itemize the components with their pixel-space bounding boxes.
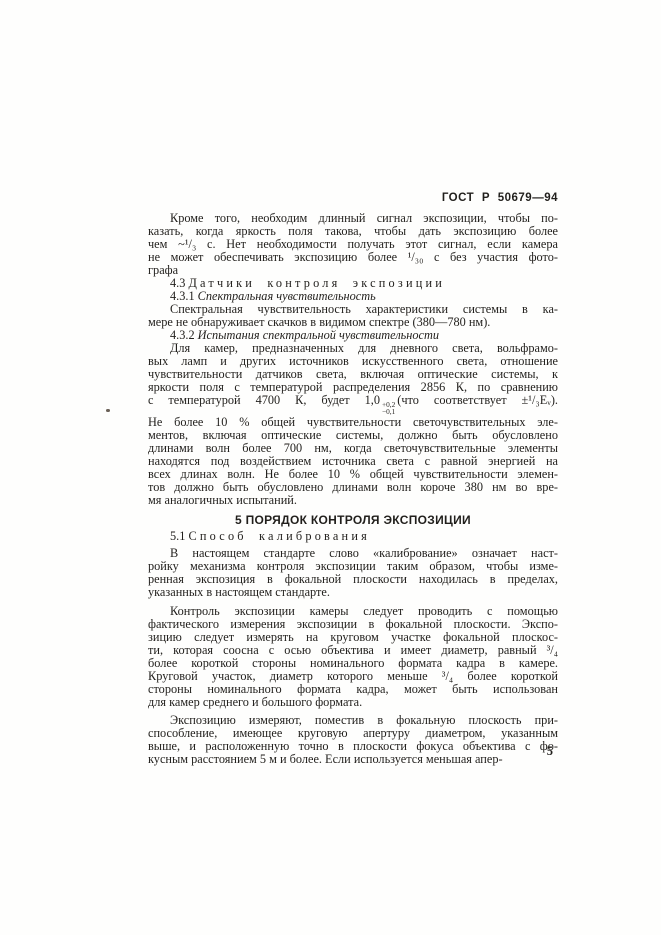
paragraph: Кроме того, необходим длинный сигнал экс…	[148, 212, 558, 277]
text-line: ройку механизма контроля экспозиции таки…	[148, 560, 558, 573]
document-page: ГОСТ Р 50679—94 Кроме того, необходим дл…	[0, 0, 661, 935]
text-line: всех длинах волн. Не более 10 % общей чу…	[148, 468, 558, 481]
text-line: фактического измерения экспозиции в фока…	[148, 618, 558, 631]
heading-label: Испытания спектральной чувствительности	[198, 328, 439, 342]
text-line: Круговой участок, диаметр которого меньш…	[148, 670, 558, 683]
heading-number: 4.3.1	[170, 289, 195, 303]
text-line: ти, которая соосна с осью объектива и им…	[148, 644, 558, 657]
heading-label: Способ калибрования	[188, 529, 370, 543]
text-line: В настоящем стандарте слово «калибровани…	[148, 547, 558, 560]
section-5-title: 5 ПОРЯДОК КОНТРОЛЯ ЭКСПОЗИЦИИ	[148, 513, 558, 527]
paragraph: В настоящем стандарте слово «калибровани…	[148, 547, 558, 599]
scan-artifact-dot	[106, 409, 110, 412]
heading-number: 5.1	[170, 529, 185, 543]
paragraph: Спектральная чувствительность характерис…	[148, 303, 558, 329]
text-block: ГОСТ Р 50679—94 Кроме того, необходим дл…	[148, 192, 558, 766]
text-line: ментов, включая оптические системы, долж…	[148, 429, 558, 442]
document-header-standard-number: ГОСТ Р 50679—94	[148, 192, 558, 204]
text-line: Контроль экспозиции камеры следует прово…	[148, 605, 558, 618]
text-line: указанных в настоящем стандарте.	[148, 586, 558, 599]
heading-number: 4.3	[170, 276, 185, 290]
text-line: мя аналогичных испытаний.	[148, 494, 558, 507]
text-line: более короткой стороны номинального форм…	[148, 657, 558, 670]
text-line: Экспозицию измеряют, поместив в фокальну…	[148, 714, 558, 727]
paragraph: Контроль экспозиции камеры следует прово…	[148, 605, 558, 709]
text-line: для камер среднего и большого формата.	[148, 696, 558, 709]
text-line: ренная экспозиция в фокальной плоскости …	[148, 573, 558, 586]
page-number: 5	[460, 744, 553, 759]
text-line: длинами волн более 700 нм, когда светочу…	[148, 442, 558, 455]
heading-label: Датчики контроля экспозиции	[188, 276, 445, 290]
text-line: с температурой 4700 К, будет 1,0+0,2−0,1…	[148, 394, 558, 416]
text-line: способление, имеющее круговую апертуру д…	[148, 727, 558, 740]
text-line: тов должно быть обусловлено длинами волн…	[148, 481, 558, 494]
heading-5-1: 5.1 Способ калибрования	[148, 530, 558, 543]
heading-label: Спектральная чувствительность	[198, 289, 376, 303]
tolerance-superscript-subscript: +0,2−0,1	[382, 402, 395, 416]
text-line: стороны номинального формата кадра, може…	[148, 683, 558, 696]
text-line: зицию следует измерять на круговом участ…	[148, 631, 558, 644]
heading-number: 4.3.2	[170, 328, 195, 342]
text-line: находятся под воздействием источника све…	[148, 455, 558, 468]
paragraph: Для камер, предназначенных для дневного …	[148, 342, 558, 507]
text-line: не может обеспечивать экспозицию более ¹…	[148, 251, 558, 264]
text-line: Не более 10 % общей чувствительности све…	[148, 416, 558, 429]
